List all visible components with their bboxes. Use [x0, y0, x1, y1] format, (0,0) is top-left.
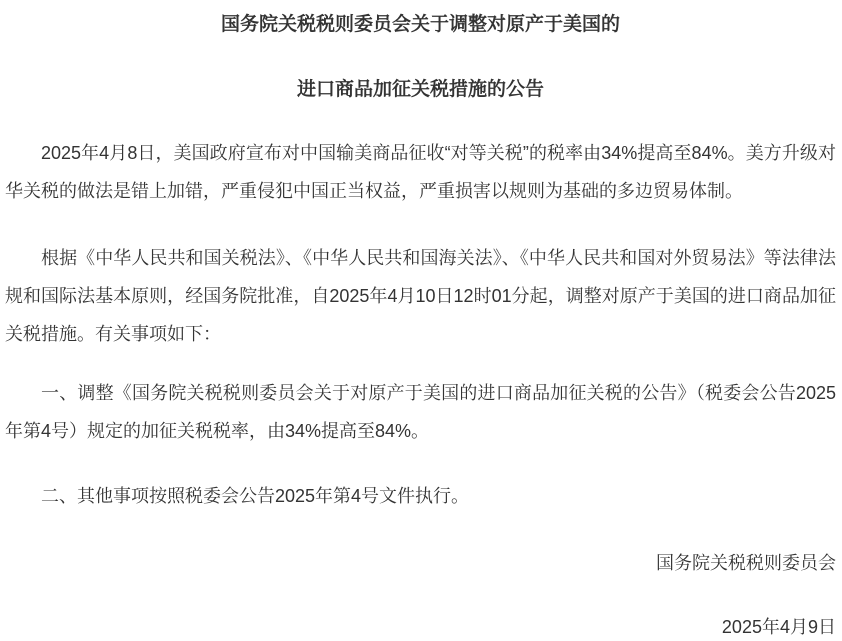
document-title-line-2: 进口商品加征关税措施的公告	[5, 78, 836, 101]
document-date: 2025年4月9日	[5, 608, 836, 641]
paragraph-item-2: 二、其他事项按照税委会公告2025年第4号文件执行。	[5, 477, 836, 515]
announcement-page: 国务院关税税则委员会关于调整对原产于美国的 进口商品加征关税措施的公告 2025…	[0, 0, 842, 641]
signature: 国务院关税税则委员会	[5, 544, 836, 582]
paragraph-background: 2025年4月8日，美国政府宣布对中国输美商品征收“对等关税”的税率由34%提高…	[5, 134, 836, 210]
paragraph-item-1: 一、调整《国务院关税税则委员会关于对原产于美国的进口商品加征关税的公告》（税委会…	[5, 374, 836, 450]
document-title-line-1: 国务院关税税则委员会关于调整对原产于美国的	[5, 0, 836, 36]
paragraph-legal-basis: 根据《中华人民共和国关税法》、《中华人民共和国海关法》、《中华人民共和国对外贸易…	[5, 239, 836, 353]
